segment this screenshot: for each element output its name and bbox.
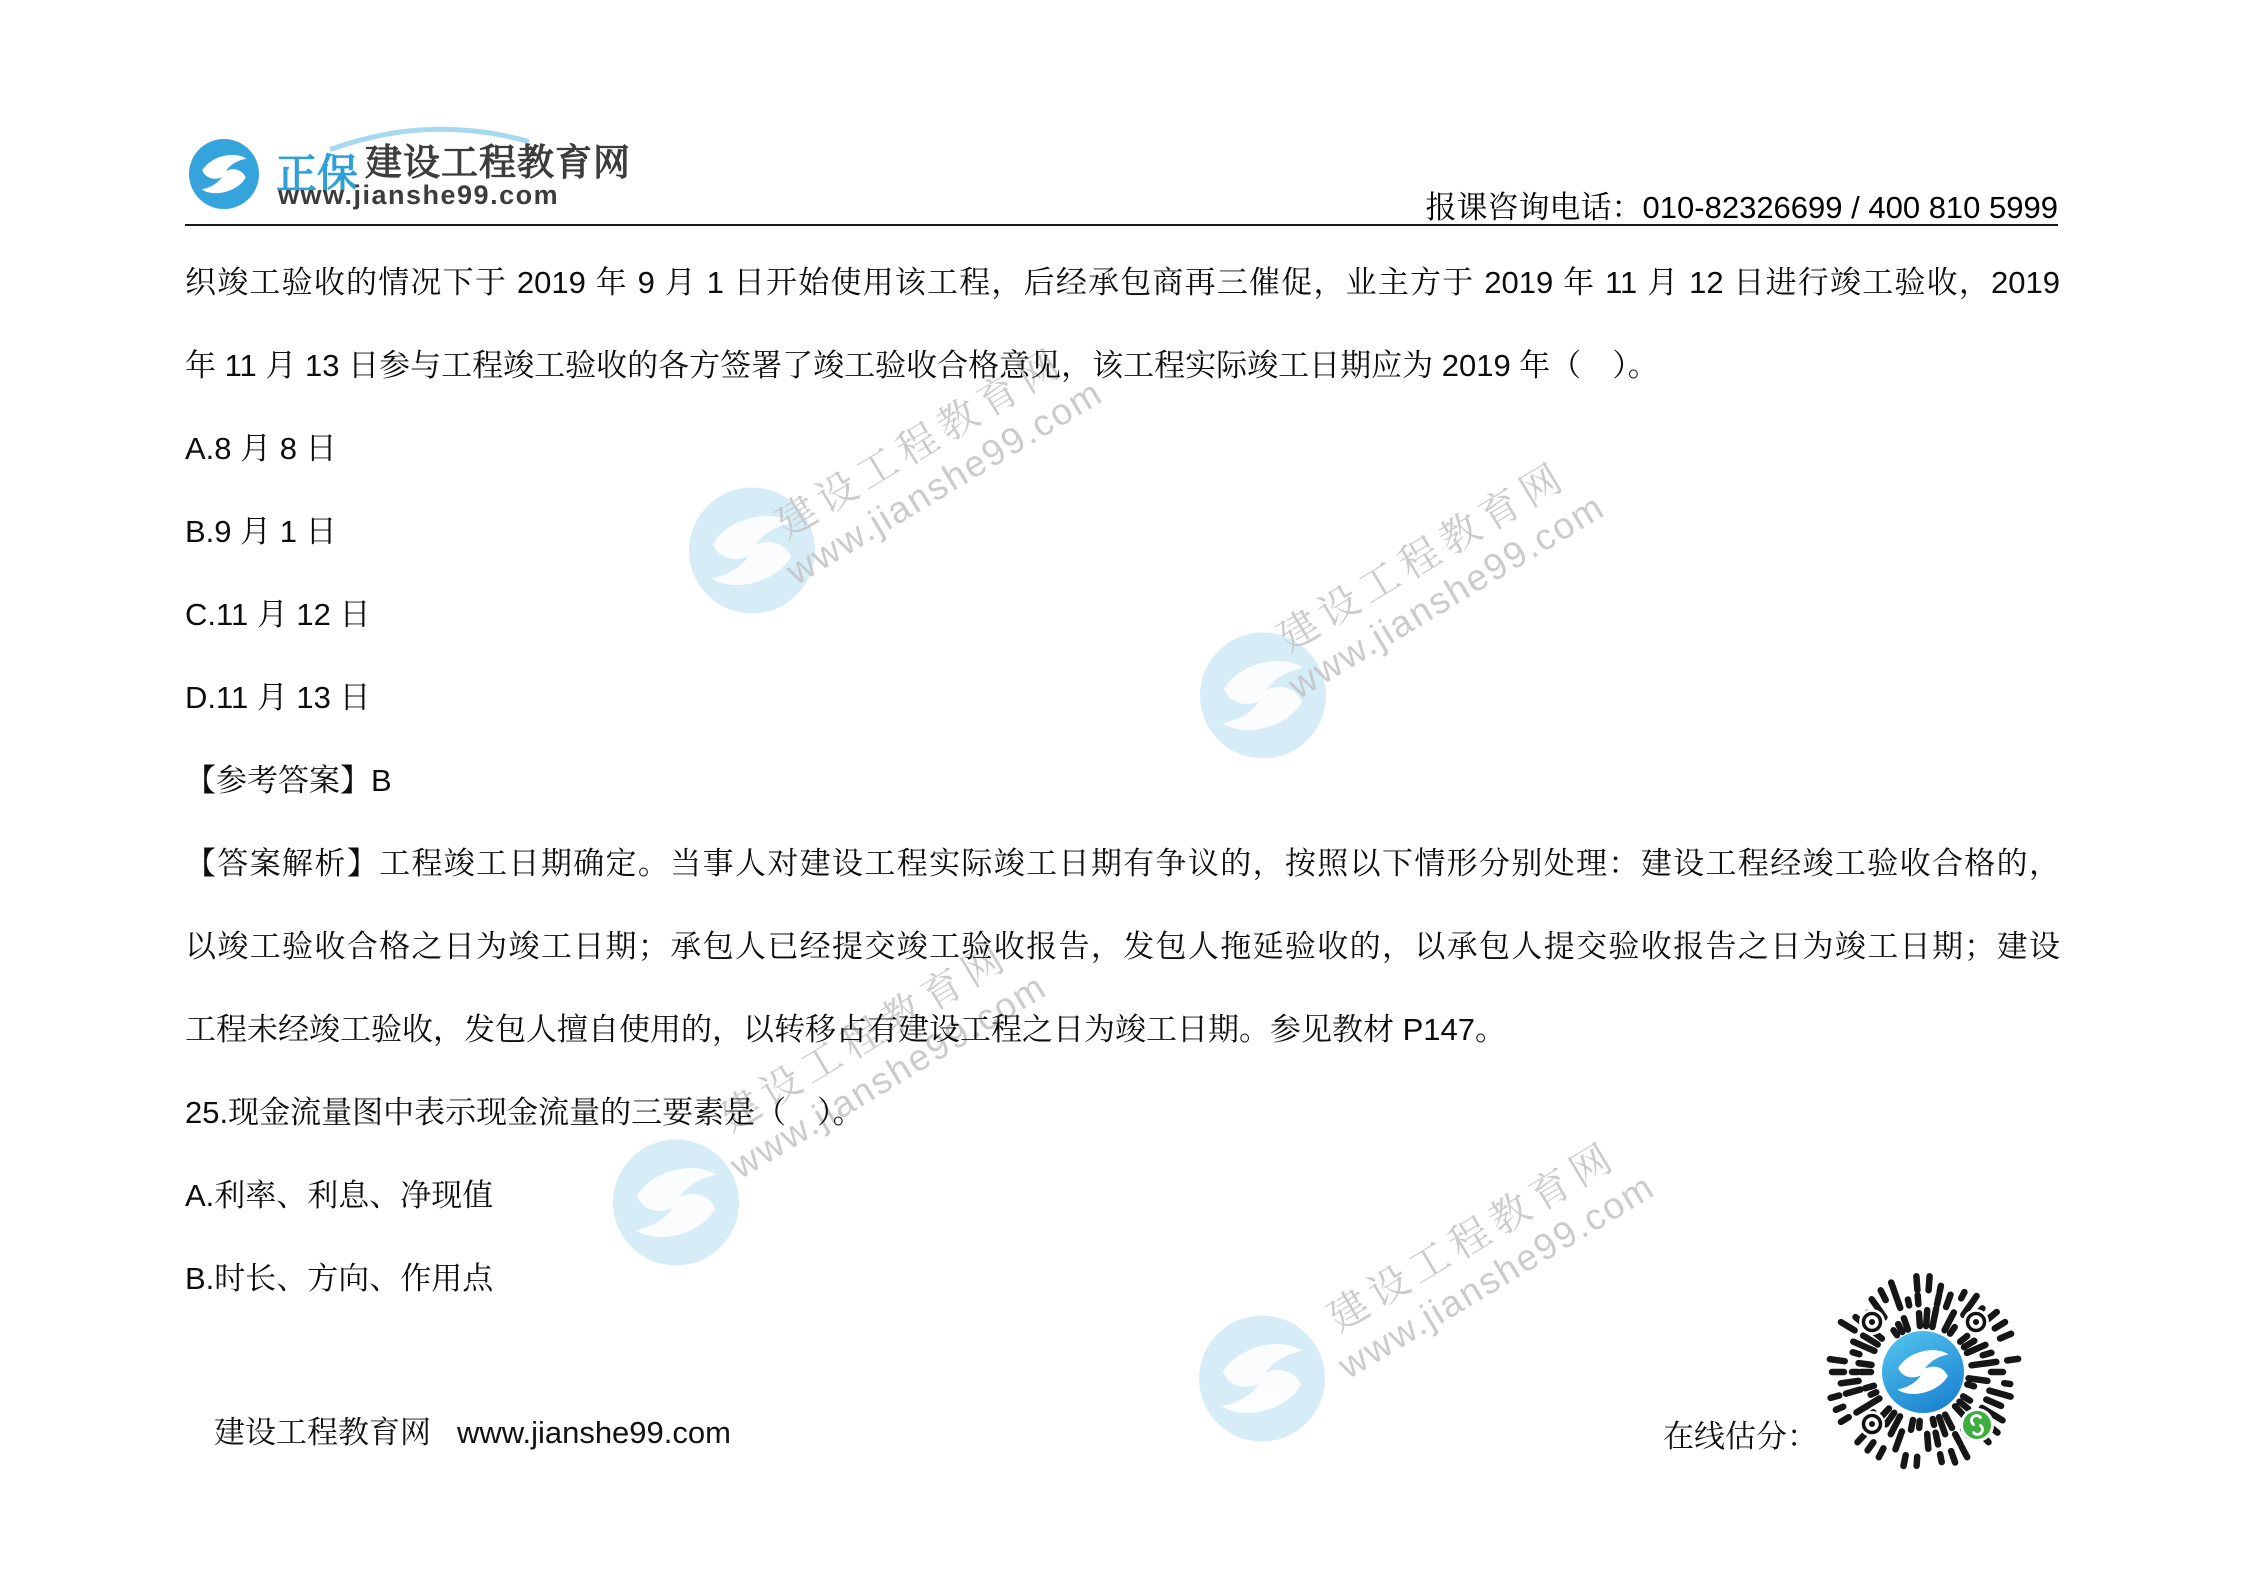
mini-program-icon <box>1962 1410 1993 1441</box>
answer-analysis-line-2: 以竣工验收合格之日为竣工日期；承包人已经提交竣工验收报告，发包人拖延验收的，以承… <box>185 905 2060 988</box>
option-a: A.8 月 8 日 <box>185 407 2060 490</box>
qr-corner-marker <box>1859 1309 1885 1335</box>
question-stem-line-2: 年 11 月 13 日参与工程竣工验收的各方签署了竣工验收合格意见，该工程实际竣… <box>185 324 2060 407</box>
reference-answer: 【参考答案】B <box>185 739 2060 822</box>
question-25-option-b: B.时长、方向、作用点 <box>185 1237 2060 1320</box>
header-divider <box>185 224 2058 226</box>
site-logo-icon <box>189 139 259 214</box>
option-c: C.11 月 12 日 <box>185 573 2060 656</box>
footer-site-url: www.jianshe99.com <box>457 1415 731 1450</box>
footer-site-name: 建设工程教育网 <box>214 1415 431 1450</box>
online-score-label: 在线估分： <box>1663 1411 1818 1456</box>
document-page: 建设工程教育网 www.jianshe99.com 建设工程教育网 www.ji… <box>0 0 2245 1587</box>
footer-site-info: 建设工程教育网www.jianshe99.com <box>214 1407 731 1452</box>
question-stem-line-1: 织竣工验收的情况下于 2019 年 9 月 1 日开始使用该工程，后经承包商再三… <box>185 241 2060 324</box>
qr-corner-marker <box>1859 1411 1885 1437</box>
contact-phone: 报课咨询电话：010-82326699 / 400 810 5999 <box>1426 182 2058 227</box>
site-name: 建设工程教育网 <box>365 142 631 183</box>
option-b: B.9 月 1 日 <box>185 490 2060 573</box>
site-url: www.jianshe99.com <box>278 180 559 211</box>
mini-program-qr-code <box>1823 1272 2023 1477</box>
question-25-stem: 25.现金流量图中表示现金流量的三要素是（ ）。 <box>185 1071 2060 1154</box>
qr-corner-marker <box>1963 1309 1989 1335</box>
question-content: 织竣工验收的情况下于 2019 年 9 月 1 日开始使用该工程，后经承包商再三… <box>185 241 2060 1320</box>
question-25-option-a: A.利率、利息、净现值 <box>185 1154 2060 1237</box>
watermark-logo-icon <box>1199 1316 1325 1447</box>
answer-analysis-line-3: 工程未经竣工验收，发包人擅自使用的，以转移占有建设工程之日为竣工日期。参见教材 … <box>185 988 2060 1071</box>
answer-analysis-line-1: 【答案解析】工程竣工日期确定。当事人对建设工程实际竣工日期有争议的，按照以下情形… <box>185 822 2060 905</box>
option-d: D.11 月 13 日 <box>185 656 2060 739</box>
